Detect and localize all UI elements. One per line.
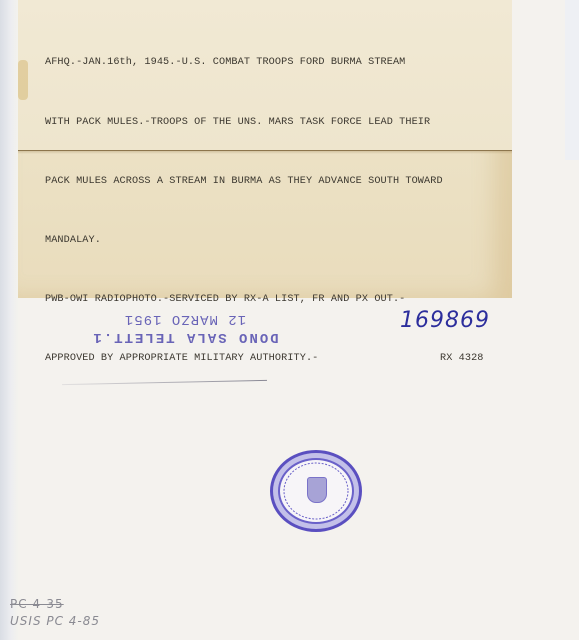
paper-stain <box>18 60 28 100</box>
approval-text: APPROVED BY APPROPRIATE MILITARY AUTHORI… <box>45 353 318 364</box>
scan-edge-left <box>0 0 18 640</box>
stamp-date-line: 12 MARZO 1951 <box>85 310 285 328</box>
stamp-donor-line: DONO SALA TELETT.1 <box>85 328 285 346</box>
donation-stamp-upside-down: DONO SALA TELETT.1 12 MARZO 1951 <box>85 310 285 346</box>
pencil-note-struck: PC 4-35 <box>10 597 64 611</box>
inventory-number: 169869 <box>400 308 490 333</box>
pencil-note-current: USIS PC 4-85 <box>10 614 100 628</box>
caption-line-approval: APPROVED BY APPROPRIATE MILITARY AUTHORI… <box>45 349 505 369</box>
caption-line: WITH PACK MULES.-TROOPS OF THE UNS. MARS… <box>45 113 505 133</box>
reference-code: RX 4328 <box>440 349 484 369</box>
coat-of-arms-icon <box>307 477 327 503</box>
scan-edge-right <box>565 0 579 160</box>
caption-line: MANDALAY. <box>45 231 505 251</box>
caption-line: AFHQ.-JAN.16th, 1945.-U.S. COMBAT TROOPS… <box>45 53 505 73</box>
caption-line: PACK MULES ACROSS A STREAM IN BURMA AS T… <box>45 172 505 192</box>
caption-line: PWB-OWI RADIOPHOTO.-SERVICED BY RX-A LIS… <box>45 290 505 310</box>
institution-seal-stamp <box>270 450 362 532</box>
